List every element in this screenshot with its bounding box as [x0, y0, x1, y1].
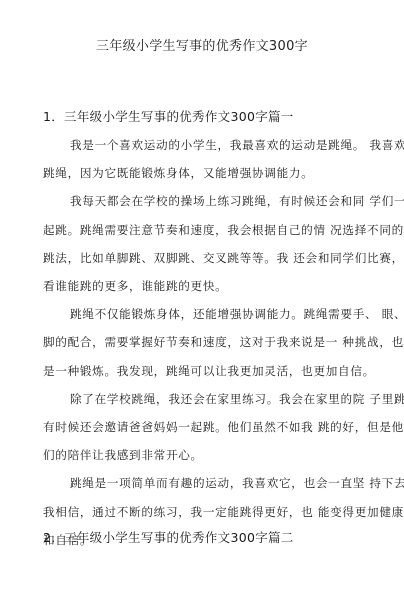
section-heading-2: 2．三年级小学生写事的优秀作文300字篇二	[43, 529, 294, 547]
paragraph-line: 跳绳不仅能锻炼身体，还能增强协调能力。跳绳需要手、 眼、	[43, 300, 373, 328]
paragraph-line: 跳绳，因为它既能锻炼身体，又能增强协调能力。	[43, 159, 373, 187]
paragraph-line: 起跳。跳绳需要注意节奏和速度，我会根据自己的情 况选择不同的	[43, 216, 373, 244]
paragraph-line: 跳法，比如单脚跳、双脚跳、交叉跳等等。我 还会和同学们比赛，	[43, 244, 373, 272]
paragraph-3: 跳绳不仅能锻炼身体，还能增强协调能力。跳绳需要手、 眼、 脚的配合，需要掌握好节…	[43, 300, 373, 385]
section-1-body: 我是一个喜欢运动的小学生，我最喜欢的运动是跳绳。 我喜欢 跳绳，因为它既能锻炼身…	[43, 131, 373, 554]
document-page: 三年级小学生写事的优秀作文300字 1．三年级小学生写事的优秀作文300字篇一 …	[0, 0, 404, 600]
paragraph-4: 除了在学校跳绳，我还会在家里练习。我会在家里的院 子里跳， 有时候还会邀请爸爸妈…	[43, 385, 373, 470]
paragraph-line: 看谁能跳的更多，谁能跳的更快。	[43, 272, 373, 300]
paragraph-line: 有时候还会邀请爸爸妈妈一起跳。他们虽然不如我 跳的好，但是他	[43, 413, 373, 441]
section-heading-1: 1．三年级小学生写事的优秀作文300字篇一	[43, 108, 294, 126]
paragraph-line: 是一种锻炼。我发现，跳绳可以让我更加灵活，也更加自信。	[43, 357, 373, 385]
paragraph-1: 我是一个喜欢运动的小学生，我最喜欢的运动是跳绳。 我喜欢 跳绳，因为它既能锻炼身…	[43, 131, 373, 187]
paragraph-line: 脚的配合，需要掌握好节奏和速度，这对于我来说是一 种挑战，也	[43, 328, 373, 356]
paragraph-line: 我是一个喜欢运动的小学生，我最喜欢的运动是跳绳。 我喜欢	[43, 131, 373, 159]
paragraph-2: 我每天都会在学校的操场上练习跳绳，有时候还会和同 学们一 起跳。跳绳需要注意节奏…	[43, 187, 373, 300]
paragraph-line: 们的陪伴让我感到非常开心。	[43, 441, 373, 469]
paragraph-line: 跳绳是一项简单而有趣的运动，我喜欢它，也会一直坚 持下去。	[43, 469, 373, 497]
document-title: 三年级小学生写事的优秀作文300字	[0, 38, 404, 56]
paragraph-line: 除了在学校跳绳，我还会在家里练习。我会在家里的院 子里跳，	[43, 385, 373, 413]
paragraph-line: 我每天都会在学校的操场上练习跳绳，有时候还会和同 学们一	[43, 187, 373, 215]
paragraph-line: 我相信，通过不断的练习，我一定能跳得更好，也 能变得更加健康	[43, 498, 373, 526]
